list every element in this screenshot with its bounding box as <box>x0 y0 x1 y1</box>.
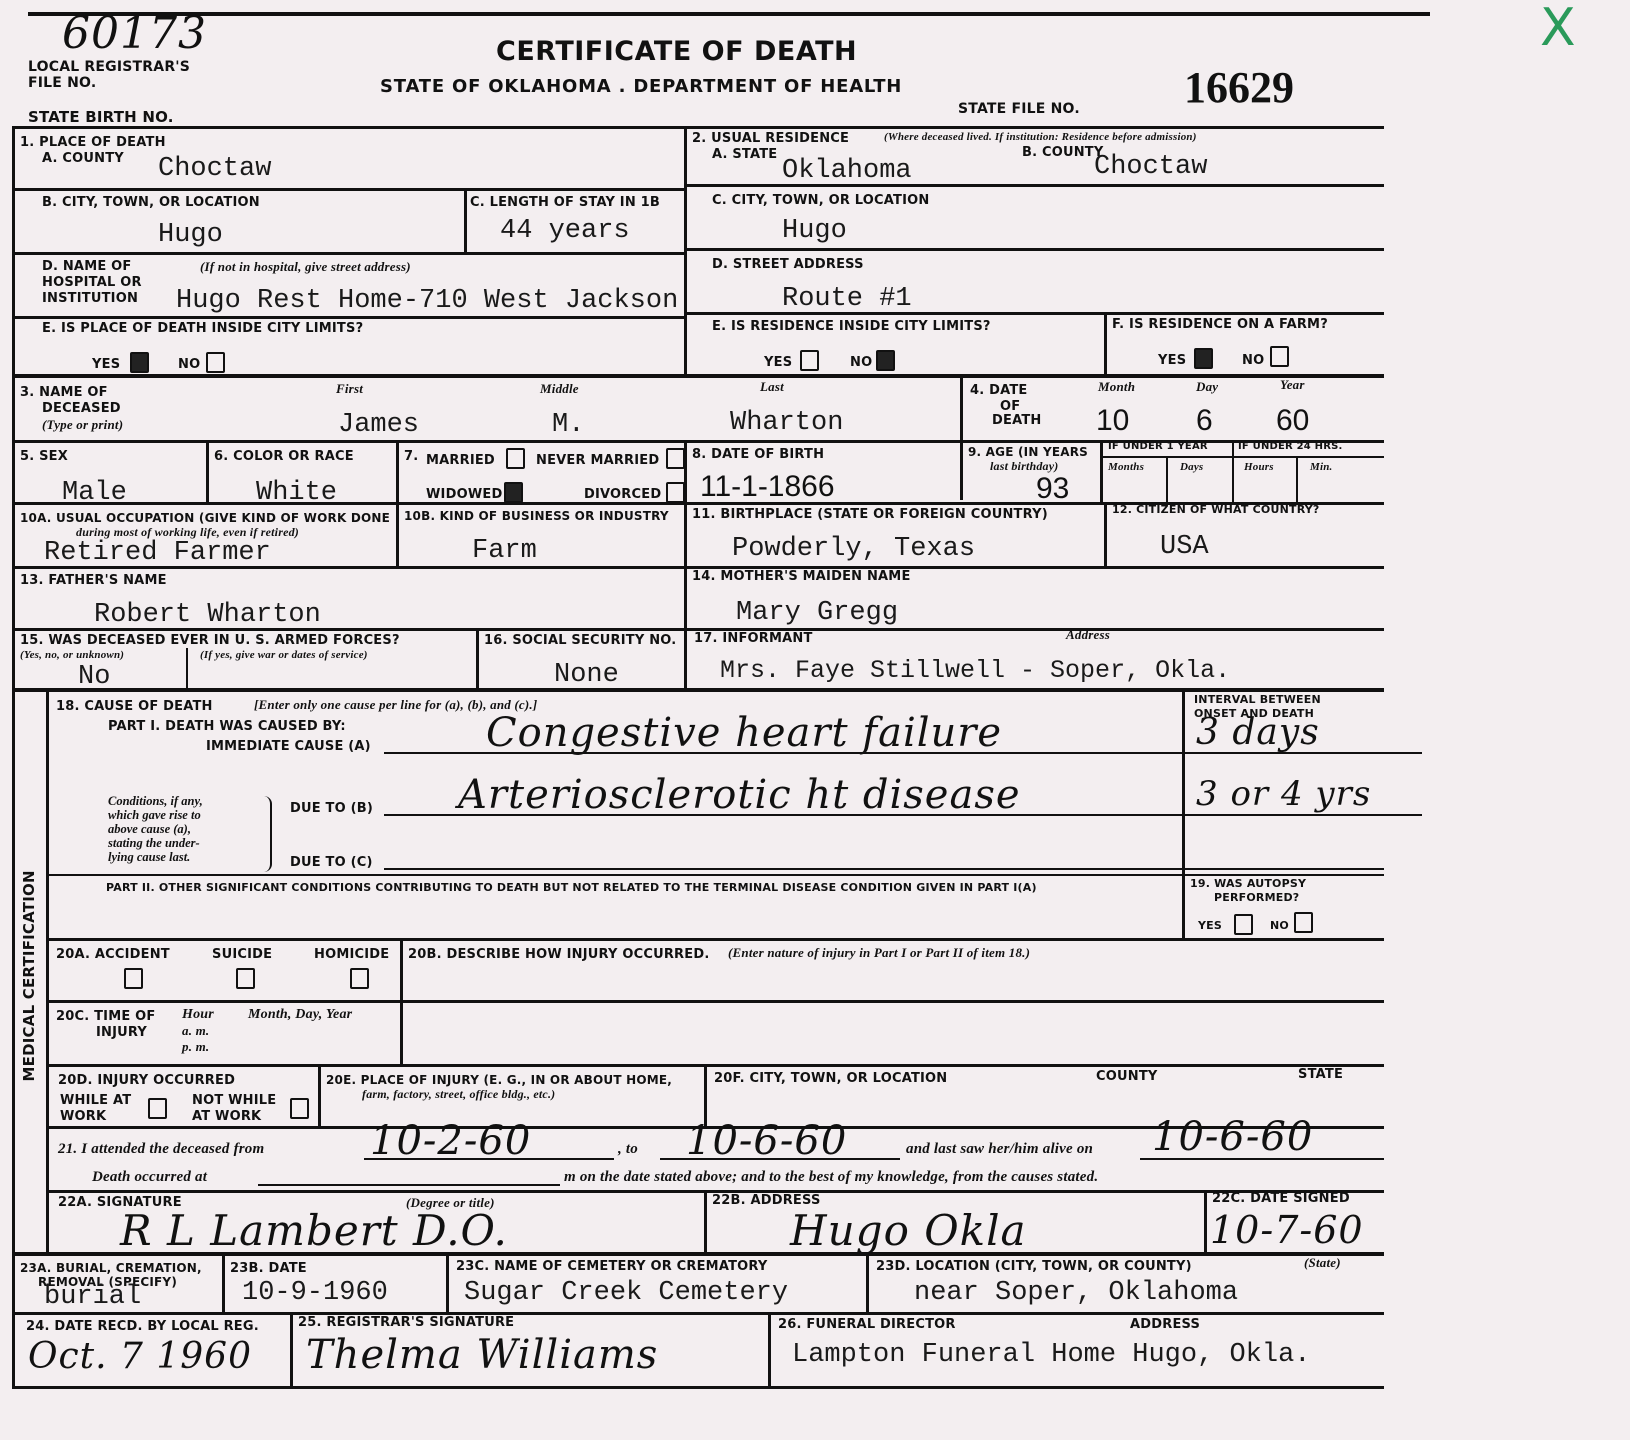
res-city-value: Hugo <box>782 216 847 246</box>
occupation-note: during most of working life, even if ret… <box>76 526 299 539</box>
pm-label: p. m. <box>182 1040 209 1054</box>
due-to-b-value: Arteriosclerotic ht disease <box>458 772 1021 818</box>
age-label-2: last birthday) <box>990 460 1058 473</box>
res-street-value: Route #1 <box>782 284 912 314</box>
dob-label: 8. DATE OF BIRTH <box>692 448 824 462</box>
divider <box>684 440 687 690</box>
divider <box>12 316 684 319</box>
divider <box>46 938 1384 941</box>
autopsy-label-2: PERFORMED? <box>1214 892 1299 904</box>
am-label: a. m. <box>182 1024 209 1038</box>
length-of-stay-value: 44 years <box>500 216 630 246</box>
time-of-injury-label-2: INJURY <box>96 1026 147 1040</box>
yes-label: YES <box>1158 354 1186 368</box>
injury-city-label: 20f. CITY, TOWN, OR LOCATION <box>714 1072 947 1086</box>
homicide-checkbox[interactable] <box>350 968 369 989</box>
divider <box>258 1184 560 1186</box>
divider <box>446 1252 449 1312</box>
part2-label: PART II. OTHER SIGNIFICANT CONDITIONS CO… <box>106 882 1037 894</box>
conditions-note-line: stating the under- <box>108 836 258 850</box>
divider <box>46 1000 1384 1003</box>
conditions-note-line: which gave rise to <box>108 808 258 822</box>
last-saw-label: and last saw her/him alive on <box>906 1142 1093 1158</box>
date-of-death-of: OF <box>1000 400 1020 414</box>
divider <box>684 248 1384 251</box>
name-of-deceased-label: 3. NAME OF <box>20 386 108 400</box>
autopsy-yes-checkbox[interactable] <box>1234 914 1253 935</box>
page-title: CERTIFICATE OF DEATH <box>496 38 857 66</box>
divider <box>1104 312 1107 376</box>
widowed-checkbox[interactable] <box>504 482 523 503</box>
attended-from-value: 10-2-60 <box>370 1118 531 1164</box>
state-birth-no-label: STATE BIRTH NO. <box>28 110 174 126</box>
not-while-at-work-label-2: AT WORK <box>192 1110 261 1124</box>
place-of-injury-label: 20e. PLACE OF INJURY (e. g., in or about… <box>326 1074 672 1087</box>
under-24-hrs-label: IF UNDER 24 HRS. <box>1238 442 1343 453</box>
burial-label: 23a. BURIAL, CREMATION, <box>20 1262 202 1275</box>
hospital-label-2: HOSPITAL OR <box>42 276 142 290</box>
location-value: near Soper, Oklahoma <box>914 1278 1238 1308</box>
pod-city-label: b. CITY, TOWN, OR LOCATION <box>42 196 260 210</box>
first-label: First <box>336 382 363 396</box>
conditions-note-line: lying cause last. <box>108 850 258 864</box>
marital-status-num: 7. <box>404 450 418 464</box>
divider <box>1100 440 1103 502</box>
page-subtitle: STATE OF OKLAHOMA . DEPARTMENT OF HEALTH <box>380 78 902 97</box>
interval-label: INTERVAL BETWEEN <box>1194 694 1321 706</box>
res-county-label: b. COUNTY <box>1022 146 1103 160</box>
divider <box>464 188 467 252</box>
divider <box>318 1064 321 1128</box>
yes-label: YES <box>1198 920 1222 932</box>
no-label: NO <box>178 358 200 372</box>
while-at-work-label-2: WORK <box>60 1110 106 1124</box>
death-month-value: 10 <box>1096 404 1129 438</box>
time-of-injury-label: 20c. TIME OF <box>56 1010 155 1024</box>
usual-residence-label: 2. USUAL RESIDENCE <box>692 132 849 146</box>
divider <box>12 688 1384 692</box>
bracket <box>262 796 272 872</box>
month-label: Month <box>1098 380 1135 394</box>
pod-inside-city-no-checkbox[interactable] <box>206 352 225 373</box>
injury-state-label: STATE <box>1298 1068 1343 1082</box>
date-recd-label: 24. DATE RECD. BY LOCAL REG. <box>26 1320 259 1334</box>
age-value: 93 <box>1036 472 1069 506</box>
divider <box>12 252 684 255</box>
due-to-b-label: DUE TO (b) <box>290 802 373 816</box>
months-label: Months <box>1108 462 1144 474</box>
business-label: 10b. KIND OF BUSINESS OR INDUSTRY <box>404 510 669 523</box>
day-label: Day <box>1196 380 1218 394</box>
divider <box>384 868 1184 870</box>
divider <box>12 188 684 191</box>
armed-forces-sub1: (Yes, no, or unknown) <box>20 650 124 662</box>
first-name-value: James <box>338 410 419 440</box>
date-of-death-label: 4. DATE <box>970 384 1028 398</box>
accident-label: 20a. ACCIDENT <box>56 948 170 962</box>
conditions-note-line: above cause (a), <box>108 822 258 836</box>
form-bottom-border <box>12 1386 1384 1389</box>
divider <box>768 1312 771 1386</box>
interval-a-value: 3 days <box>1196 712 1320 753</box>
divider <box>186 648 188 690</box>
date-recd-value: Oct. 7 1960 <box>28 1336 252 1377</box>
attended-to-value: 10-6-60 <box>686 1118 847 1164</box>
informant-address-label: Address <box>1066 628 1110 642</box>
not-while-at-work-checkbox[interactable] <box>290 1098 309 1119</box>
deceased-label: DECEASED <box>42 402 121 416</box>
divider <box>1232 440 1234 502</box>
pod-county-label: a. COUNTY <box>42 152 124 166</box>
place-of-injury-note: farm, factory, street, office bldg., etc… <box>362 1088 555 1101</box>
father-value: Robert Wharton <box>94 600 321 630</box>
immediate-cause-value: Congestive heart failure <box>486 710 1002 756</box>
last-label: Last <box>760 380 784 394</box>
burial-date-value: 10-9-1960 <box>242 1278 388 1308</box>
occupation-value: Retired Farmer <box>44 538 271 568</box>
location-state-label: (State) <box>1304 1256 1341 1270</box>
res-on-farm-label: f. IS RESIDENCE ON A FARM? <box>1112 318 1328 332</box>
suicide-checkbox[interactable] <box>236 968 255 989</box>
widowed-label: WIDOWED <box>426 488 502 502</box>
res-county-value: Choctaw <box>1094 152 1207 182</box>
injury-county-label: COUNTY <box>1096 1070 1158 1084</box>
pod-inside-city-yes-checkbox[interactable] <box>130 352 149 373</box>
physician-signature: R L Lambert D.O. <box>120 1206 508 1255</box>
to-label: , to <box>618 1142 638 1158</box>
divider <box>1182 814 1422 816</box>
citizen-label: 12. CITIZEN OF WHAT COUNTRY? <box>1112 504 1320 516</box>
funeral-director-value: Lampton Funeral Home Hugo, Okla. <box>792 1340 1310 1370</box>
place-of-death-label: 1. PLACE OF DEATH <box>20 136 166 150</box>
pod-county-value: Choctaw <box>158 154 271 184</box>
birthplace-value: Powderly, Texas <box>732 534 975 564</box>
yes-label: YES <box>92 358 120 372</box>
not-while-at-work-label: NOT WHILE <box>192 1094 276 1108</box>
armed-forces-sub2: (If yes, give war or dates of service) <box>200 650 368 662</box>
divider <box>704 1190 707 1252</box>
describe-injury-label: 20b. DESCRIBE HOW INJURY OCCURRED. <box>408 948 709 962</box>
business-value: Farm <box>472 536 537 566</box>
informant-value: Mrs. Faye Stillwell - Soper, Okla. <box>720 656 1230 685</box>
divider <box>12 1312 1384 1315</box>
death-occurred-label: Death occurred at <box>92 1170 207 1186</box>
divider <box>960 376 963 500</box>
married-checkbox[interactable] <box>506 448 525 469</box>
pod-city-value: Hugo <box>158 220 223 250</box>
citizen-value: USA <box>1160 532 1209 562</box>
divider <box>1100 456 1384 458</box>
cemetery-label: 23c. NAME OF CEMETERY OR CREMATORY <box>456 1260 768 1274</box>
divider <box>866 1252 869 1312</box>
birthplace-label: 11. BIRTHPLACE (State or foreign country… <box>692 508 1048 522</box>
hospital-label: d. NAME OF <box>42 260 131 274</box>
days-label: Days <box>1180 462 1203 474</box>
never-married-checkbox[interactable] <box>666 448 685 469</box>
res-on-farm-yes-checkbox[interactable] <box>1194 348 1213 369</box>
type-or-print-label: (Type or print) <box>42 418 123 432</box>
cause-of-death-label: 18. CAUSE OF DEATH <box>56 700 213 714</box>
res-state-value: Oklahoma <box>782 156 912 186</box>
year-label: Year <box>1280 378 1305 392</box>
funeral-address-label: ADDRESS <box>1130 1318 1200 1332</box>
file-no-label: FILE NO. <box>28 76 96 91</box>
divider <box>476 628 479 690</box>
divorced-checkbox[interactable] <box>666 482 685 503</box>
location-label: 23d. LOCATION (City, town, or county) <box>876 1260 1192 1274</box>
res-inside-city-yes-checkbox[interactable] <box>800 350 819 371</box>
age-label: 9. AGE (In years <box>968 446 1088 459</box>
local-registrar-label: LOCAL REGISTRAR'S <box>28 60 190 75</box>
ssn-label: 16. SOCIAL SECURITY NO. <box>484 634 676 648</box>
conditions-note: Conditions, if any, which gave rise to a… <box>108 794 258 864</box>
middle-name-value: M. <box>552 410 584 440</box>
suicide-label: SUICIDE <box>212 948 272 962</box>
top-rule <box>28 12 1430 16</box>
burial-date-label: 23b. DATE <box>230 1262 307 1276</box>
divider <box>1182 868 1384 870</box>
medical-certification-side-label: MEDICAL CERTIFICATION <box>22 846 38 1106</box>
never-married-label: NEVER MARRIED <box>536 454 659 468</box>
registrar-signature-label: 25. REGISTRAR'S SIGNATURE <box>298 1316 514 1330</box>
death-occurred-tail: m on the date stated above; and to the b… <box>564 1170 1098 1186</box>
usual-residence-note: (Where deceased lived. If institution: R… <box>884 132 1197 144</box>
funeral-director-label: 26. FUNERAL DIRECTOR <box>778 1318 956 1332</box>
due-to-c-label: DUE TO (c) <box>290 856 373 870</box>
divider <box>206 440 209 502</box>
while-at-work-checkbox[interactable] <box>148 1098 167 1119</box>
armed-forces-label: 15. WAS DECEASED EVER IN U. S. ARMED FOR… <box>20 634 400 648</box>
state-file-no-label: STATE FILE NO. <box>958 102 1080 117</box>
middle-label: Middle <box>540 382 579 396</box>
corner-check-mark: X <box>1540 0 1576 58</box>
divider <box>12 1252 1384 1256</box>
part1-label: PART I. DEATH WAS CAUSED BY: <box>108 720 346 734</box>
death-day-value: 6 <box>1196 404 1213 438</box>
injury-occurred-label: 20d. INJURY OCCURRED <box>58 1074 235 1088</box>
min-label: Min. <box>1310 462 1333 474</box>
date-of-death-death: DEATH <box>992 414 1041 428</box>
describe-injury-note: (Enter nature of injury in Part I or Par… <box>728 946 1030 960</box>
res-inside-city-label: e. IS RESIDENCE INSIDE CITY LIMITS? <box>712 320 991 334</box>
divider <box>1296 456 1298 502</box>
divider <box>46 874 1384 876</box>
divider <box>684 312 1384 315</box>
hospital-label-3: INSTITUTION <box>42 292 138 306</box>
res-state-label: a. STATE <box>712 148 777 162</box>
divider <box>684 126 687 376</box>
immediate-cause-label: IMMEDIATE CAUSE (a) <box>206 740 371 754</box>
autopsy-no-checkbox[interactable] <box>1294 912 1313 933</box>
father-label: 13. FATHER'S NAME <box>20 574 167 588</box>
occupation-label: 10a. USUAL OCCUPATION (Give kind of work… <box>20 512 390 525</box>
res-city-label: c. CITY, TOWN, OR LOCATION <box>712 194 929 208</box>
form-top-border <box>12 126 1384 129</box>
divider <box>1166 456 1168 502</box>
pod-inside-city-label: e. IS PLACE OF DEATH INSIDE CITY LIMITS? <box>42 322 363 336</box>
yes-label: YES <box>764 356 792 370</box>
conditions-note-line: Conditions, if any, <box>108 794 258 808</box>
no-label: NO <box>1270 920 1289 932</box>
last-saw-value: 10-6-60 <box>1152 1114 1313 1160</box>
divider <box>46 690 49 1252</box>
accident-checkbox[interactable] <box>124 968 143 989</box>
registrar-signature: Thelma Williams <box>306 1332 658 1378</box>
hospital-note: (If not in hospital, give street address… <box>200 260 411 274</box>
death-year-value: 60 <box>1276 404 1309 438</box>
married-label: MARRIED <box>426 454 495 468</box>
physician-address: Hugo Okla <box>790 1206 1027 1255</box>
interval-b-value: 3 or 4 yrs <box>1196 774 1371 814</box>
informant-label: 17. INFORMANT <box>694 632 813 646</box>
hour-label: Hour <box>182 1008 214 1023</box>
mother-value: Mary Gregg <box>736 598 898 628</box>
mother-label: 14. MOTHER'S MAIDEN NAME <box>692 570 911 584</box>
cemetery-value: Sugar Creek Cemetery <box>464 1278 788 1308</box>
no-label: NO <box>1242 354 1264 368</box>
last-name-value: Wharton <box>730 408 843 438</box>
state-file-no-value: 16629 <box>1184 62 1294 113</box>
hours-label: Hours <box>1244 462 1274 474</box>
local-registrar-file-no-value: 60173 <box>62 8 207 59</box>
divider <box>46 1064 1384 1067</box>
divider <box>290 1312 293 1386</box>
hospital-value: Hugo Rest Home-710 West Jackson <box>176 286 678 316</box>
homicide-label: HOMICIDE <box>314 948 389 962</box>
divider <box>1204 1190 1207 1252</box>
race-label: 6. COLOR OR RACE <box>214 450 354 464</box>
dob-value: 11-1-1866 <box>700 470 835 504</box>
divider <box>12 374 1384 378</box>
sex-label: 5. SEX <box>20 450 68 464</box>
attended-label: 21. I attended the deceased from <box>58 1142 264 1158</box>
no-label: NO <box>850 356 872 370</box>
date-signed-value: 10-7-60 <box>1210 1208 1364 1252</box>
under-1-year-label: IF UNDER 1 YEAR <box>1108 442 1208 453</box>
res-inside-city-no-checkbox[interactable] <box>876 350 895 371</box>
autopsy-label: 19. WAS AUTOPSY <box>1190 878 1306 890</box>
divider <box>684 184 1384 187</box>
burial-value: burial <box>44 1282 141 1312</box>
ssn-value: None <box>554 660 619 690</box>
divorced-label: DIVORCED <box>584 488 661 502</box>
while-at-work-label: WHILE AT <box>60 1094 131 1108</box>
divider <box>222 1252 225 1312</box>
month-day-year-label: Month, Day, Year <box>248 1008 352 1023</box>
res-street-label: d. STREET ADDRESS <box>712 258 864 272</box>
length-of-stay-label: c. LENGTH OF STAY IN 1b <box>470 196 660 210</box>
res-on-farm-no-checkbox[interactable] <box>1270 346 1289 367</box>
date-signed-label: 22c. DATE SIGNED <box>1212 1192 1350 1206</box>
divider <box>1104 502 1107 568</box>
